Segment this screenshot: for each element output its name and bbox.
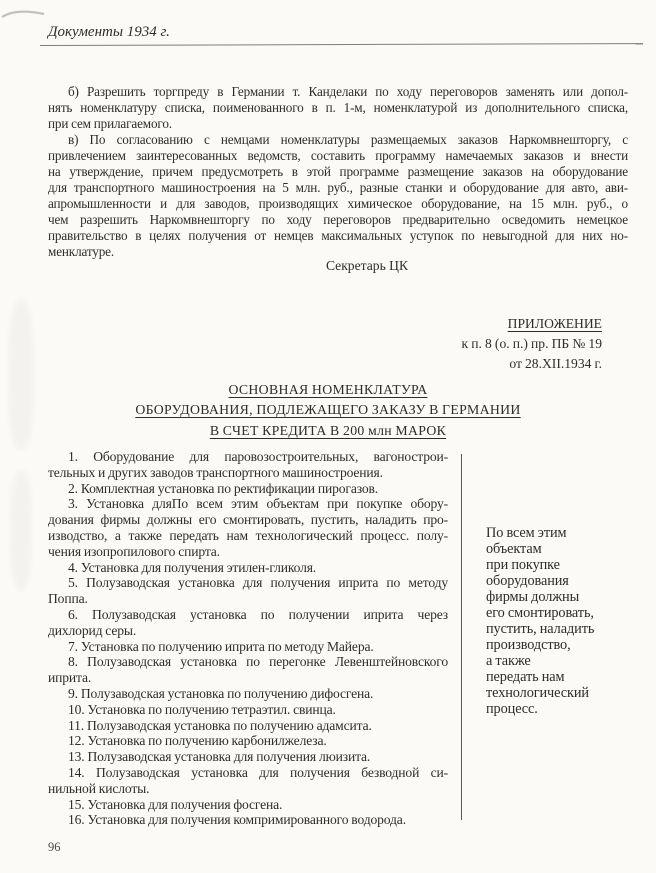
list-item-line: 9. Полузаводская установка по получению … — [48, 686, 448, 702]
list-item-line: 16. Установка для получения компримирова… — [48, 812, 448, 828]
document-title-line: В СЧЕТ КРЕДИТА В 200 млн МАРОК — [20, 421, 636, 441]
signature: Секретарь ЦК — [48, 257, 628, 274]
list-item-line: 13. Полузаводская установка для получени… — [48, 749, 448, 765]
margin-note-line: процесс. — [486, 701, 646, 717]
list-item-line: 14. Полузаводская установка для получени… — [48, 765, 448, 781]
margin-note-line: а также — [486, 653, 646, 669]
list-item-line: 12. Установка по получению карбонилжелез… — [48, 733, 448, 749]
scanned-document-page: { "colors": { "ink": "#2f2d2a", "paper":… — [0, 0, 656, 873]
list-item-line: 15. Установка для получения фосгена. — [48, 797, 448, 813]
scan-artifact-curve — [0, 2, 48, 26]
paragraph-b-line: нять номенклатуру списка, поименованного… — [48, 100, 628, 116]
margin-note-line: оборудования — [486, 573, 646, 589]
list-item-line: 7. Установка по получению иприта по мето… — [48, 639, 448, 655]
list-item-line: дования фирмы должны его смонтировать, п… — [48, 512, 448, 528]
list-item-line: дихлорид серы. — [48, 623, 448, 639]
margin-note-line: технологический — [486, 685, 646, 701]
margin-note-line: объектам — [486, 541, 646, 557]
bleed-through-smudge — [10, 470, 32, 590]
margin-note-line: пустить, наладить — [486, 621, 646, 637]
document-title: ОСНОВНАЯ НОМЕНКЛАТУРА ОБОРУДОВАНИЯ, ПОДЛ… — [20, 380, 636, 441]
paragraph-v-line: правительство в целях получения от немце… — [48, 228, 628, 244]
resolution-text: б) Разрешить торгпреду в Германии т. Кан… — [48, 84, 628, 260]
margin-note-line: По всем этим — [486, 525, 646, 541]
margin-note: По всем этим объектам при покупке оборуд… — [486, 525, 646, 717]
list-item-line: 3. Установка дляПо всем этим объектам пр… — [48, 496, 448, 512]
document-title-line: ОБОРУДОВАНИЯ, ПОДЛЕЖАЩЕГО ЗАКАЗУ В ГЕРМА… — [20, 400, 636, 420]
list-item-line: 4. Установка для получения этилен-гликол… — [48, 560, 448, 576]
list-item-line: чения изопропилового спирта. — [48, 544, 448, 560]
list-item-line: изводство, а также передать нам технолог… — [48, 528, 448, 544]
paragraph-v-line: привлечением заинтересованных ведомств, … — [48, 148, 628, 164]
paragraph-b-line: при сем прилагаемого. — [48, 116, 628, 132]
list-item-line: нильной кислоты. — [48, 781, 448, 797]
running-header: Документы 1934 г. — [48, 24, 170, 41]
margin-note-line: передать нам — [486, 669, 646, 685]
paragraph-v-line: чем разрешить Наркомвнешторгу по ходу пе… — [48, 212, 628, 228]
page-number: 96 — [48, 840, 61, 855]
nomenclature-list: 1. Оборудование для паровозостроительных… — [48, 449, 448, 828]
list-item-line: 6. Полузаводская установка по получении … — [48, 607, 448, 623]
list-item-line: иприта. — [48, 670, 448, 686]
list-item-line: 5. Полузаводская установка для получения… — [48, 575, 448, 591]
appendix-reference-line: от 28.XII.1934 г. — [342, 354, 602, 374]
margin-note-line: его смонтировать, — [486, 605, 646, 621]
list-item-line: 8. Полузаводская установка по перегонке … — [48, 654, 448, 670]
list-item-line: 1. Оборудование для паровозостроительных… — [48, 449, 448, 465]
list-item-line: тельных и других заводов транспортного м… — [48, 465, 448, 481]
margin-note-line: производство, — [486, 637, 646, 653]
header-rule — [40, 43, 643, 46]
margin-note-line: при покупке — [486, 557, 646, 573]
paragraph-v-line: апромышленности и для заводов, производя… — [48, 196, 628, 212]
list-item-line: 11. Полузаводская установка по получению… — [48, 718, 448, 734]
document-title-line: ОСНОВНАЯ НОМЕНКЛАТУРА — [20, 380, 636, 400]
list-item-line: 2. Комплектная установка по ректификации… — [48, 481, 448, 497]
paragraph-v-line: в) По согласованию с немцами номенклатур… — [48, 132, 628, 148]
appendix-reference-line: к п. 8 (о. п.) пр. ПБ № 19 — [342, 334, 602, 354]
list-item-line: 10. Установка по получению тетраэтил. св… — [48, 702, 448, 718]
paragraph-v-line: для транспортного машиностроения на 5 мл… — [48, 180, 628, 196]
column-divider-rule — [461, 454, 462, 820]
paragraph-b-line: б) Разрешить торгпреду в Германии т. Кан… — [48, 84, 628, 100]
paragraph-v-line: на утверждение, причем предусмотреть в э… — [48, 164, 628, 180]
appendix-reference: ПРИЛОЖЕНИЕ к п. 8 (о. п.) пр. ПБ № 19 от… — [342, 314, 602, 373]
appendix-heading: ПРИЛОЖЕНИЕ — [342, 314, 602, 334]
margin-note-line: фирмы должны — [486, 589, 646, 605]
list-item-line: Поппа. — [48, 591, 448, 607]
